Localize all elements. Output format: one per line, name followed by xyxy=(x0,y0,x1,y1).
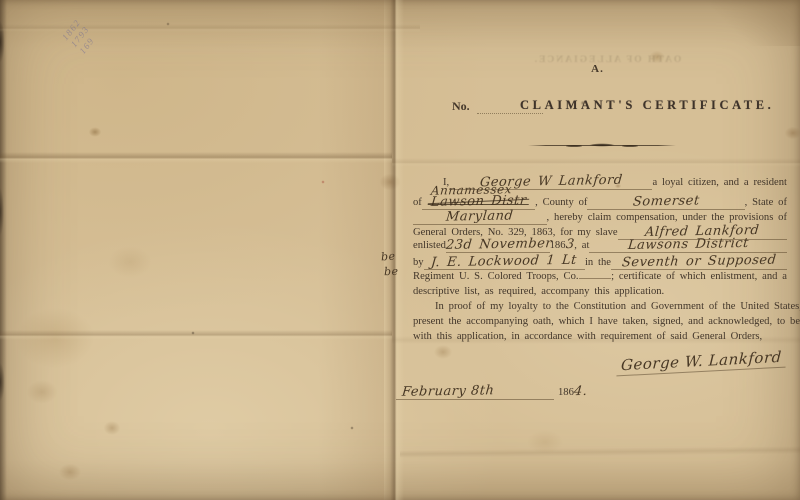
form-line: present the accompanying oath, which I h… xyxy=(413,316,787,327)
document-title: CLAIMANT'S CERTIFICATE. xyxy=(520,98,774,113)
margin-note: be xyxy=(381,250,396,264)
company-blank xyxy=(579,278,612,279)
torn-left-edge xyxy=(0,0,7,500)
margin-note: be xyxy=(384,265,399,279)
date-year-digit-handwriting: 4. xyxy=(573,384,588,399)
horizontal-crease-upper-right xyxy=(392,158,800,167)
state-blank: Maryland xyxy=(413,209,547,225)
printed-text: by xyxy=(413,257,424,268)
officer-handwriting: J. E. Lockwood 1 Lt xyxy=(431,253,578,271)
printed-text: , State of xyxy=(745,197,787,208)
printed-text: In proof of my loyalty to the Constituti… xyxy=(435,301,800,312)
date-handwriting: February 8th xyxy=(401,383,495,400)
form-letter-label: A. xyxy=(400,63,795,75)
claimant-signature: George W. Lankford xyxy=(606,349,797,376)
printed-text: , at xyxy=(574,240,589,251)
regiment-handwriting: Seventh or Supposed xyxy=(621,253,777,271)
printed-text: in the xyxy=(585,257,611,268)
divider-dash-right xyxy=(622,145,638,147)
divider-diamond xyxy=(585,143,619,147)
form-line: descriptive list, as required, accompany… xyxy=(413,286,787,297)
regiment-blank: Seventh or Supposed xyxy=(611,254,787,270)
officer-blank: J. E. Lockwood 1 Lt xyxy=(424,254,585,270)
enlist-date-handwriting: 23d November xyxy=(445,236,552,253)
printed-text: a loyal citizen, and a resident xyxy=(652,177,787,188)
printed-text: ; certificate of which enlistment, and a xyxy=(611,271,787,282)
form-line: In proof of my loyalty to the Constituti… xyxy=(413,301,787,312)
year-digit-handwriting: 3 xyxy=(565,237,575,252)
number-blank-rule xyxy=(477,113,543,114)
printed-text: descriptive list, as required, accompany… xyxy=(413,286,664,297)
horizontal-crease-upper-left xyxy=(0,152,392,163)
divider-dash-left xyxy=(566,145,582,147)
residence-blank: Annamessex Lawson Distr xyxy=(422,194,535,210)
scanned-document: 1862 1793 169 OATH OF ALLEGIANCE. A. No.… xyxy=(0,0,800,500)
county-blank: Somerset xyxy=(587,194,744,210)
printed-text: with this application, in accordance wit… xyxy=(413,331,762,342)
form-line: with this application, in accordance wit… xyxy=(413,331,787,342)
signature-handwriting: George W. Lankford xyxy=(616,348,786,377)
printed-text: enlisted xyxy=(413,240,446,251)
form-line: enlisted 23d November 186 3 , at Lawsons… xyxy=(413,237,787,253)
corner-shadow-top-right xyxy=(670,0,800,46)
printed-text: Regiment U. S. Colored Troops, Co. xyxy=(413,271,579,282)
printed-year-prefix: 186 xyxy=(558,387,574,398)
form-line: of Annamessex Lawson Distr , County of S… xyxy=(413,194,787,210)
printed-text: , County of xyxy=(535,197,587,208)
number-label: No. xyxy=(452,99,470,114)
state-handwriting: Maryland xyxy=(445,208,514,224)
horizontal-crease-lower-left xyxy=(0,330,392,340)
pencil-archive-numbers: 1862 1793 169 xyxy=(60,17,101,56)
date-line: February 8th 186 4. xyxy=(396,384,587,400)
enlist-place-blank: Lawsons District xyxy=(589,237,787,253)
ornamental-divider xyxy=(528,142,676,149)
county-handwriting: Somerset xyxy=(632,193,700,209)
printed-text: of xyxy=(413,197,422,208)
struck-out-handwriting: Lawson Distr xyxy=(430,193,527,210)
printed-text: , hereby claim compensation, under the p… xyxy=(547,212,787,223)
form-line: Regiment U. S. Colored Troops, Co. ; cer… xyxy=(413,271,787,282)
enlist-date-blank: 23d November xyxy=(446,237,550,253)
printed-text: present the accompanying oath, which I h… xyxy=(413,316,800,327)
crease-bottom-right xyxy=(400,446,800,458)
date-blank: February 8th xyxy=(396,384,554,400)
form-line: by J. E. Lockwood 1 Lt in the Seventh or… xyxy=(413,254,787,270)
enlist-place-handwriting: Lawsons District xyxy=(627,236,749,253)
center-fold-shading xyxy=(318,0,384,500)
